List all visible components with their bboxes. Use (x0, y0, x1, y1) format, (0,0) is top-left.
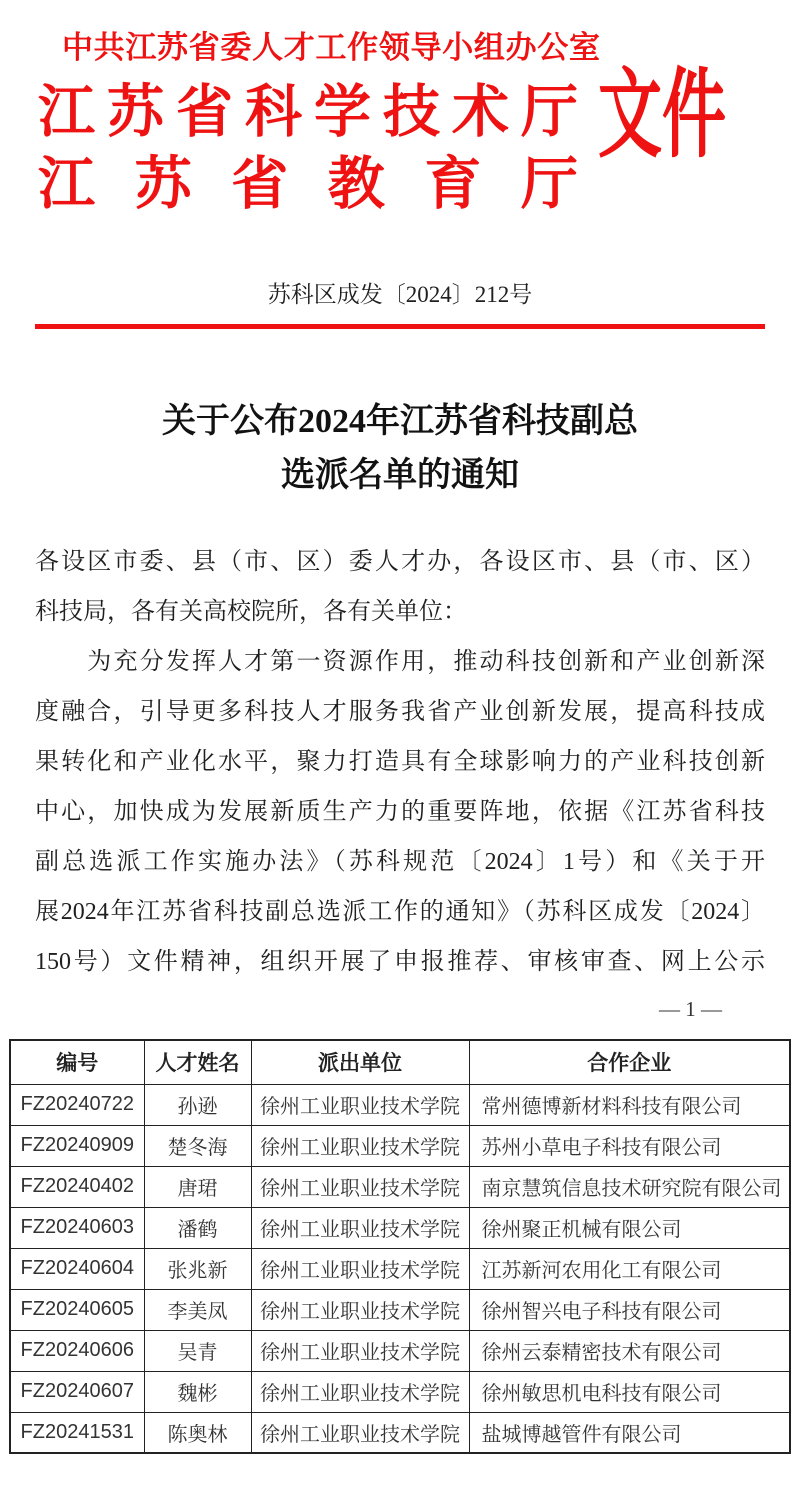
table-row: FZ20240909楚冬海徐州工业职业技术学院苏州小草电子科技有限公司 (10, 1125, 790, 1166)
body-line: 展2024年江苏省科技副总选派工作的通知》（苏科区成发〔2024〕 (35, 887, 765, 937)
cell-partner-company: 徐州云泰精密技术有限公司 (469, 1330, 790, 1371)
cell-dispatch-unit: 徐州工业职业技术学院 (251, 1330, 469, 1371)
body-line: 科技局，各有关高校院所，各有关单位： (35, 587, 765, 637)
cell-talent-name: 唐珺 (144, 1166, 251, 1207)
cell-talent-name: 张兆新 (144, 1248, 251, 1289)
cell-dispatch-unit: 徐州工业职业技术学院 (251, 1412, 469, 1453)
cell-code: FZ20240604 (10, 1248, 144, 1289)
cell-partner-company: 徐州敏思机电科技有限公司 (469, 1371, 790, 1412)
cell-dispatch-unit: 徐州工业职业技术学院 (251, 1248, 469, 1289)
notice-title-line1: 关于公布2024年江苏省科技副总 (162, 403, 638, 440)
letterhead: 中共江苏省委人才工作领导小组办公室 江苏省科学技术厅 江苏省教育厅 文件 (0, 25, 800, 221)
cell-partner-company: 南京慧筑信息技术研究院有限公司 (469, 1166, 790, 1207)
table-header-cell: 人才姓名 (144, 1040, 251, 1084)
cell-code: FZ20240607 (10, 1371, 144, 1412)
cell-talent-name: 孙逊 (144, 1084, 251, 1125)
letterhead-document-mark: 文件 (598, 65, 726, 167)
cell-dispatch-unit: 徐州工业职业技术学院 (251, 1125, 469, 1166)
table-row: FZ20241531陈奥林徐州工业职业技术学院盐城博越管件有限公司 (10, 1412, 790, 1453)
cell-partner-company: 徐州聚正机械有限公司 (469, 1207, 790, 1248)
table-row: FZ20240606吴青徐州工业职业技术学院徐州云泰精密技术有限公司 (10, 1330, 790, 1371)
cell-code: FZ20240909 (10, 1125, 144, 1166)
cell-code: FZ20240722 (10, 1084, 144, 1125)
cell-dispatch-unit: 徐州工业职业技术学院 (251, 1289, 469, 1330)
cell-dispatch-unit: 徐州工业职业技术学院 (251, 1084, 469, 1125)
cell-partner-company: 江苏新河农用化工有限公司 (469, 1248, 790, 1289)
cell-talent-name: 楚冬海 (144, 1125, 251, 1166)
cell-dispatch-unit: 徐州工业职业技术学院 (251, 1166, 469, 1207)
table-row: FZ20240604张兆新徐州工业职业技术学院江苏新河农用化工有限公司 (10, 1248, 790, 1289)
cell-dispatch-unit: 徐州工业职业技术学院 (251, 1207, 469, 1248)
table-header-cell: 合作企业 (469, 1040, 790, 1084)
table-row: FZ20240605李美凤徐州工业职业技术学院徐州智兴电子科技有限公司 (10, 1289, 790, 1330)
body-line: 中心，加快成为发展新质生产力的重要阵地，依据《江苏省科技 (35, 787, 765, 837)
body-line: 副总选派工作实施办法》（苏科规范〔2024〕1号）和《关于开 (35, 837, 765, 887)
cell-talent-name: 潘鹤 (144, 1207, 251, 1248)
dispatch-roster-table: 编号人才姓名派出单位合作企业 FZ20240722孙逊徐州工业职业技术学院常州德… (9, 1039, 791, 1454)
table-header-cell: 派出单位 (251, 1040, 469, 1084)
cell-dispatch-unit: 徐州工业职业技术学院 (251, 1371, 469, 1412)
table-header-row: 编号人才姓名派出单位合作企业 (10, 1040, 790, 1084)
cell-talent-name: 陈奥林 (144, 1412, 251, 1453)
table-row: FZ20240722孙逊徐州工业职业技术学院常州德博新材料科技有限公司 (10, 1084, 790, 1125)
document-page: 中共江苏省委人才工作领导小组办公室 江苏省科学技术厅 江苏省教育厅 文件 苏科区… (0, 0, 800, 1495)
letterhead-dept-education: 江苏省教育厅 (38, 149, 578, 221)
cell-code: FZ20241531 (10, 1412, 144, 1453)
cell-talent-name: 李美凤 (144, 1289, 251, 1330)
body-line: 各设区市委、县（市、区）委人才办，各设区市、县（市、区） (35, 537, 765, 587)
body-line: 果转化和产业化水平，聚力打造具有全球影响力的产业科技创新 (35, 737, 765, 787)
table-row: FZ20240603潘鹤徐州工业职业技术学院徐州聚正机械有限公司 (10, 1207, 790, 1248)
cell-partner-company: 徐州智兴电子科技有限公司 (469, 1289, 790, 1330)
body-line: 150号）文件精神，组织开展了申报推荐、审核审查、网上公示 (35, 937, 765, 987)
cell-partner-company: 盐城博越管件有限公司 (469, 1412, 790, 1453)
cell-code: FZ20240603 (10, 1207, 144, 1248)
notice-title: 关于公布2024年江苏省科技副总 选派名单的通知 (0, 395, 800, 503)
cell-code: FZ20240402 (10, 1166, 144, 1207)
notice-title-line2: 选派名单的通知 (281, 457, 519, 494)
cell-code: FZ20240605 (10, 1289, 144, 1330)
body-line: 度融合，引导更多科技人才服务我省产业创新发展，提高科技成 (35, 687, 765, 737)
cell-talent-name: 魏彬 (144, 1371, 251, 1412)
cell-code: FZ20240606 (10, 1330, 144, 1371)
page-number: — 1 — (0, 995, 722, 1023)
table-header-cell: 编号 (10, 1040, 144, 1084)
document-number: 苏科区成发〔2024〕212号 (0, 279, 800, 311)
notice-body: 各设区市委、县（市、区）委人才办，各设区市、县（市、区）科技局，各有关高校院所，… (35, 537, 765, 987)
letterhead-dept-science: 江苏省科学技术厅 (38, 77, 578, 149)
cell-partner-company: 苏州小草电子科技有限公司 (469, 1125, 790, 1166)
table-row: FZ20240402唐珺徐州工业职业技术学院南京慧筑信息技术研究院有限公司 (10, 1166, 790, 1207)
letterhead-office-line: 中共江苏省委人才工作领导小组办公室 (62, 25, 600, 71)
letterhead-main: 江苏省科学技术厅 江苏省教育厅 文件 (38, 77, 800, 221)
body-line: 为充分发挥人才第一资源作用，推动科技创新和产业创新深 (35, 637, 765, 687)
cell-talent-name: 吴青 (144, 1330, 251, 1371)
red-divider-line (35, 324, 765, 329)
cell-partner-company: 常州德博新材料科技有限公司 (469, 1084, 790, 1125)
table-row: FZ20240607魏彬徐州工业职业技术学院徐州敏思机电科技有限公司 (10, 1371, 790, 1412)
